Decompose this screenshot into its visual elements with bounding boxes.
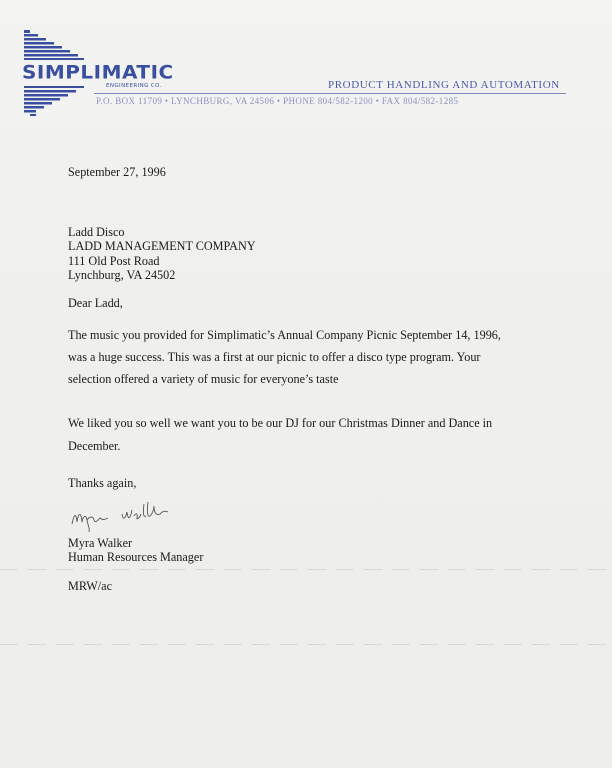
recipient-company: LADD MANAGEMENT COMPANY (68, 239, 256, 254)
recipient-city: Lynchburg, VA 24502 (68, 268, 175, 283)
company-address: P.O. BOX 11709 • LYNCHBURG, VA 24506 • P… (96, 96, 458, 106)
fold-line (0, 644, 612, 645)
paragraph-line: We liked you so well we want you to be o… (68, 416, 492, 431)
closing: Thanks again, (68, 476, 136, 491)
company-name: SIMPLIMATIC (22, 61, 174, 84)
handwritten-signature (68, 496, 188, 532)
reference-initials: MRW/ac (68, 579, 112, 594)
letterhead-rule (94, 93, 566, 94)
signer-title: Human Resources Manager (68, 550, 203, 565)
paragraph-line: The music you provided for Simplimatic’s… (68, 328, 501, 343)
paragraph-line: was a huge success. This was a first at … (68, 350, 480, 365)
paragraph-line: selection offered a variety of music for… (68, 372, 339, 387)
recipient-name: Ladd Disco (68, 225, 125, 240)
salutation: Dear Ladd, (68, 296, 123, 311)
recipient-street: 111 Old Post Road (68, 254, 160, 269)
letter-date: September 27, 1996 (68, 165, 166, 180)
company-tagline: PRODUCT HANDLING AND AUTOMATION (328, 79, 560, 91)
company-subtitle: ENGINEERING CO. (106, 83, 162, 89)
fold-line (0, 569, 612, 570)
signer-name: Myra Walker (68, 536, 132, 551)
paragraph-line: December. (68, 439, 120, 454)
